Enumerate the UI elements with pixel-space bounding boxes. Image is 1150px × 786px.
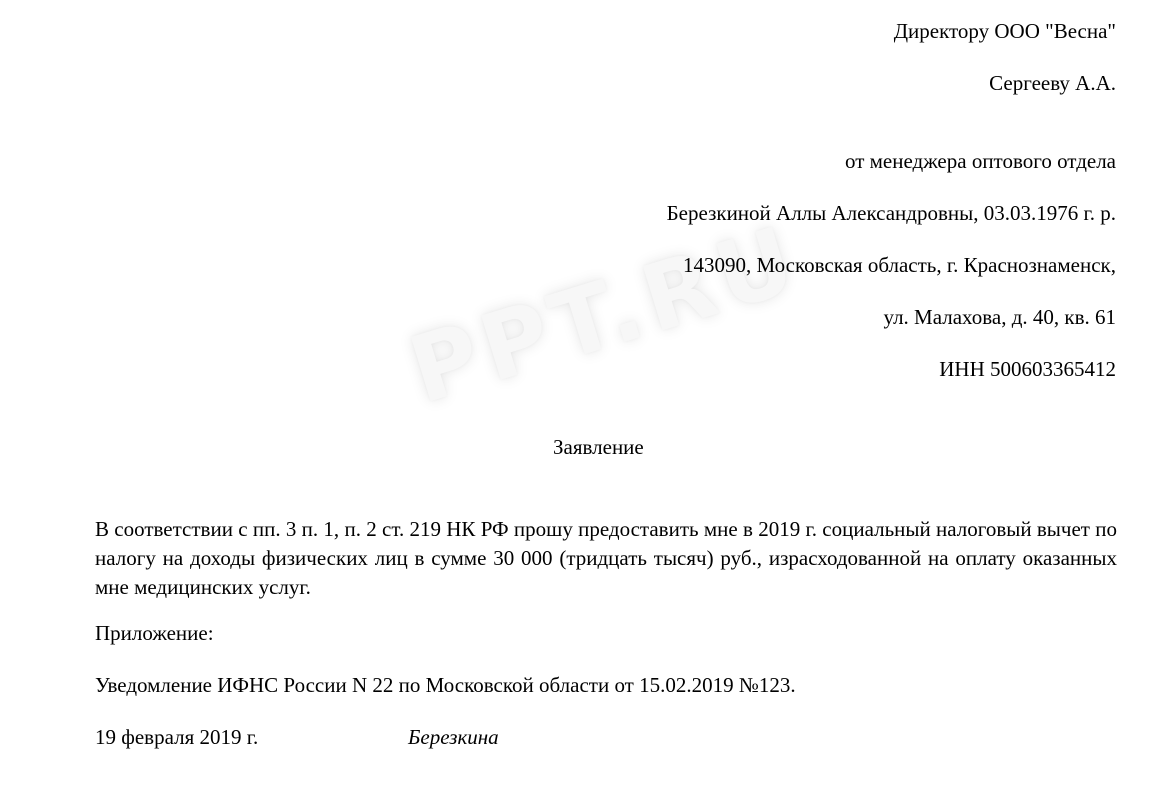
addressee-name: Сергееву А.А. (989, 73, 1116, 94)
attachment-label: Приложение: (95, 623, 214, 644)
watermark: PPT.RU (400, 213, 810, 418)
signature: Березкина (408, 727, 499, 748)
addressee-position: Директору ООО "Весна" (894, 21, 1116, 42)
request-paragraph-text: В соответствии с пп. 3 п. 1, п. 2 ст. 21… (95, 515, 1117, 602)
sender-address-line1: 143090, Московская область, г. Краснозна… (683, 255, 1116, 276)
sender-address-line2: ул. Малахова, д. 40, кв. 61 (884, 307, 1117, 328)
document-title: Заявление (553, 437, 644, 458)
request-paragraph: В соответствии с пп. 3 п. 1, п. 2 ст. 21… (95, 515, 1117, 602)
sender-position: от менеджера оптового отдела (845, 151, 1116, 172)
sender-name: Березкиной Аллы Александровны, 03.03.197… (667, 203, 1116, 224)
document-date: 19 февраля 2019 г. (95, 727, 258, 748)
sender-inn: ИНН 500603365412 (939, 359, 1116, 380)
attachment-item: Уведомление ИФНС России N 22 по Московск… (95, 675, 796, 696)
